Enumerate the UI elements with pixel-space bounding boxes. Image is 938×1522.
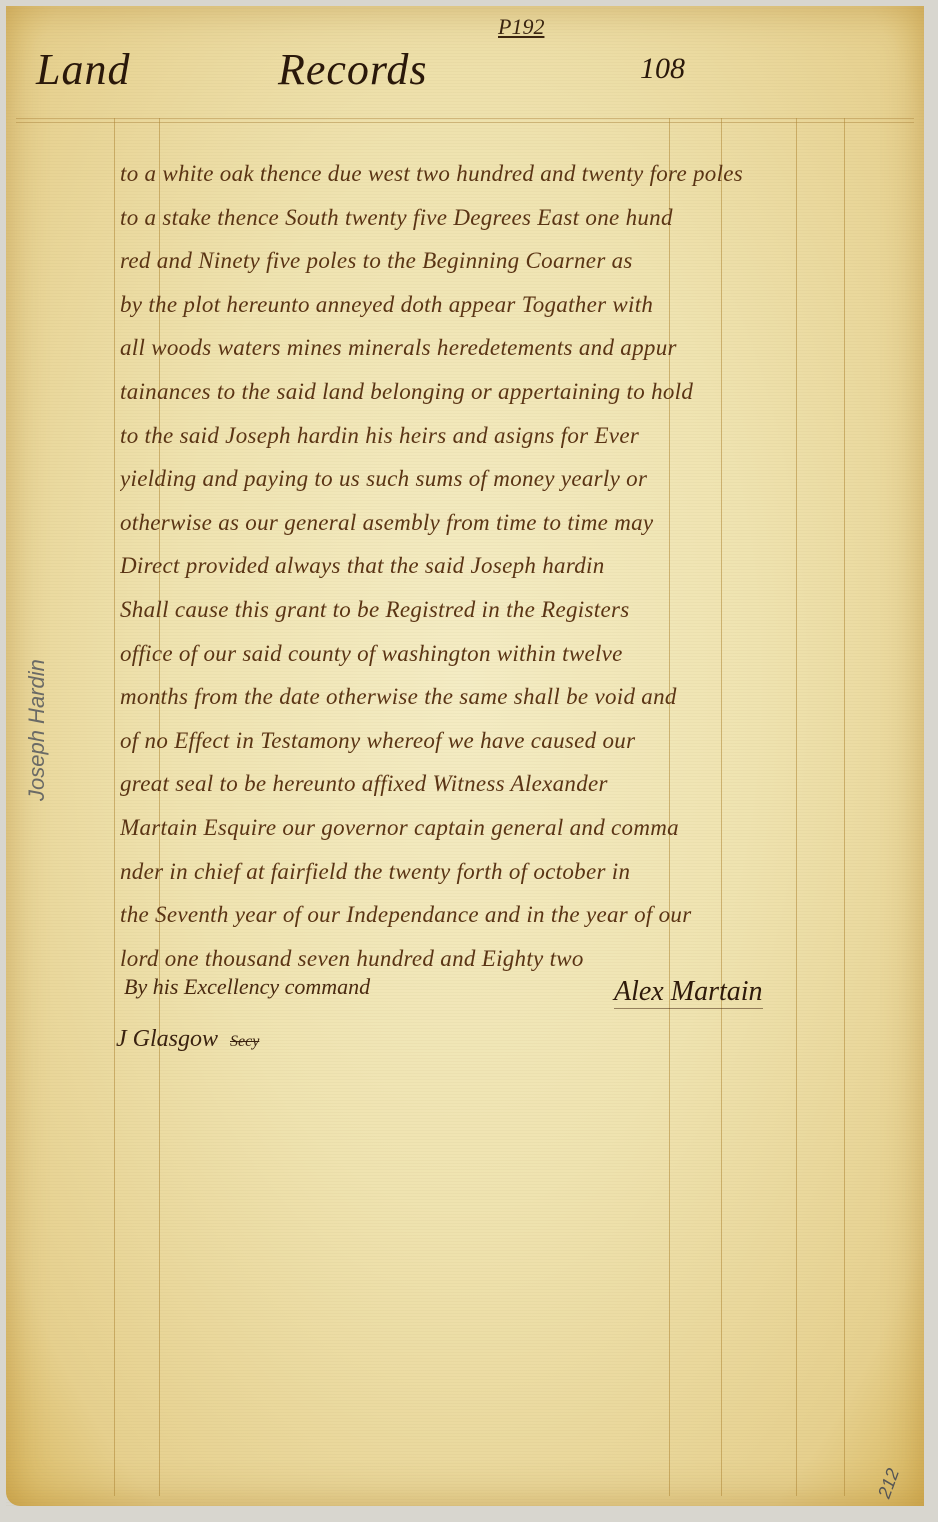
header-rule — [16, 118, 914, 119]
text-line: Direct provided always that the said Jos… — [120, 544, 850, 588]
text-line: nder in chief at fairfield the twenty fo… — [120, 850, 850, 894]
text-line: Martain Esquire our governor captain gen… — [120, 806, 850, 850]
text-line: to the said Joseph hardin his heirs and … — [120, 414, 850, 458]
text-line: red and Ninety five poles to the Beginni… — [120, 239, 850, 283]
text-line: to a white oak thence due west two hundr… — [120, 152, 850, 196]
closing-phrase: By his Excellency command — [124, 974, 370, 1000]
governor-signature: Alex Martain — [614, 976, 763, 1009]
text-line: by the plot hereunto anneyed doth appear… — [120, 283, 850, 327]
text-line: months from the date otherwise the same … — [120, 675, 850, 719]
clerk-signature: J GlasgowSecy — [116, 1026, 259, 1053]
document-page: Land Records P192 108 Joseph Hardin to a… — [6, 6, 924, 1506]
clerk-name: J Glasgow — [116, 1026, 218, 1052]
text-line: all woods waters mines minerals heredete… — [120, 326, 850, 370]
margin-note-name: Joseph Hardin — [24, 659, 50, 801]
margin-rule — [114, 118, 115, 1496]
folio-number: 108 — [640, 52, 685, 86]
text-line: yielding and paying to us such sums of m… — [120, 457, 850, 501]
struck-title: Secy — [230, 1033, 259, 1050]
title-land: Land — [36, 44, 130, 95]
text-line: Shall cause this grant to be Registred i… — [120, 588, 850, 632]
header-rule-double — [16, 122, 914, 123]
text-line: tainances to the said land belonging or … — [120, 370, 850, 414]
text-line: otherwise as our general asembly from ti… — [120, 501, 850, 545]
text-line: of no Effect in Testamony whereof we hav… — [120, 719, 850, 763]
grant-text: to a white oak thence due west two hundr… — [120, 152, 850, 980]
archive-number: 212 — [874, 1466, 904, 1501]
page-reference: P192 — [498, 14, 544, 40]
text-line: office of our said county of washington … — [120, 632, 850, 676]
text-line: to a stake thence South twenty five Degr… — [120, 196, 850, 240]
title-records: Records — [278, 44, 428, 95]
text-line: great seal to be hereunto affixed Witnes… — [120, 762, 850, 806]
text-line: the Seventh year of our Independance and… — [120, 893, 850, 937]
